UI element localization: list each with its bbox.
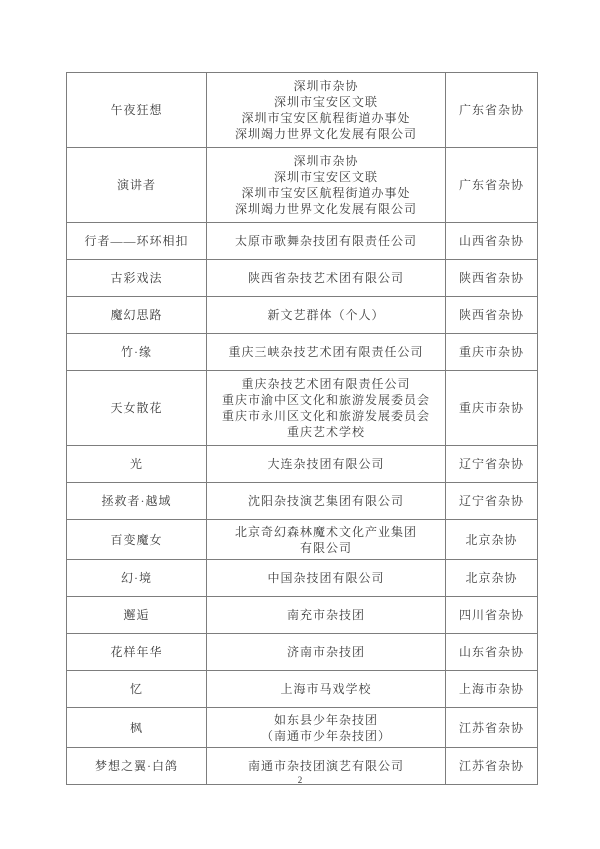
cell-organizations: 新文艺群体（个人） — [207, 297, 446, 334]
cell-association: 山东省杂协 — [446, 634, 538, 671]
cell-association: 重庆市杂协 — [446, 371, 538, 446]
table-row: 拯救者·越域 沈阳杂技演艺集团有限公司 辽宁省杂协 — [67, 483, 538, 520]
cell-organizations: 重庆三峡杂技艺术团有限责任公司 — [207, 334, 446, 371]
cell-program-title: 忆 — [67, 671, 207, 708]
table-row: 午夜狂想 深圳市杂协 深圳市宝安区文联 深圳市宝安区航程街道办事处 深圳竭力世界… — [67, 73, 538, 148]
cell-program-title: 竹·缘 — [67, 334, 207, 371]
cell-association: 广东省杂协 — [446, 148, 538, 223]
cell-association: 陕西省杂协 — [446, 297, 538, 334]
cell-program-title: 邂逅 — [67, 597, 207, 634]
document-page: 午夜狂想 深圳市杂协 深圳市宝安区文联 深圳市宝安区航程街道办事处 深圳竭力世界… — [0, 0, 600, 849]
cell-organizations: 陕西省杂技艺术团有限公司 — [207, 260, 446, 297]
cell-organizations: 上海市马戏学校 — [207, 671, 446, 708]
cell-association: 广东省杂协 — [446, 73, 538, 148]
cell-association: 四川省杂协 — [446, 597, 538, 634]
cell-association: 上海市杂协 — [446, 671, 538, 708]
cell-organizations: 深圳市杂协 深圳市宝安区文联 深圳市宝安区航程街道办事处 深圳竭力世界文化发展有… — [207, 148, 446, 223]
table-row: 枫 如东县少年杂技团 （南通市少年杂技团） 江苏省杂协 — [67, 708, 538, 748]
cell-program-title: 拯救者·越域 — [67, 483, 207, 520]
cell-organizations: 太原市歌舞杂技团有限责任公司 — [207, 223, 446, 260]
cell-organizations: 大连杂技团有限公司 — [207, 446, 446, 483]
table-row: 行者——环环相扣 太原市歌舞杂技团有限责任公司 山西省杂协 — [67, 223, 538, 260]
cell-association: 北京杂协 — [446, 560, 538, 597]
cell-program-title: 演讲者 — [67, 148, 207, 223]
cell-program-title: 古彩戏法 — [67, 260, 207, 297]
cell-organizations: 北京奇幻森林魔术文化产业集团 有限公司 — [207, 520, 446, 560]
cell-organizations: 沈阳杂技演艺集团有限公司 — [207, 483, 446, 520]
cell-program-title: 幻·境 — [67, 560, 207, 597]
table-row: 古彩戏法 陕西省杂技艺术团有限公司 陕西省杂协 — [67, 260, 538, 297]
cell-program-title: 百变魔女 — [67, 520, 207, 560]
cell-organizations: 重庆杂技艺术团有限责任公司 重庆市渝中区文化和旅游发展委员会 重庆市永川区文化和… — [207, 371, 446, 446]
table-row: 演讲者 深圳市杂协 深圳市宝安区文联 深圳市宝安区航程街道办事处 深圳竭力世界文… — [67, 148, 538, 223]
table-row: 魔幻思路 新文艺群体（个人） 陕西省杂协 — [67, 297, 538, 334]
cell-association: 陕西省杂协 — [446, 260, 538, 297]
cell-association: 辽宁省杂协 — [446, 446, 538, 483]
table-row: 幻·境 中国杂技团有限公司 北京杂协 — [67, 560, 538, 597]
cell-program-title: 枫 — [67, 708, 207, 748]
cell-organizations: 如东县少年杂技团 （南通市少年杂技团） — [207, 708, 446, 748]
table-row: 竹·缘 重庆三峡杂技艺术团有限责任公司 重庆市杂协 — [67, 334, 538, 371]
cell-program-title: 花样年华 — [67, 634, 207, 671]
table-row: 百变魔女 北京奇幻森林魔术文化产业集团 有限公司 北京杂协 — [67, 520, 538, 560]
cell-organizations: 中国杂技团有限公司 — [207, 560, 446, 597]
cell-association: 辽宁省杂协 — [446, 483, 538, 520]
cell-program-title: 行者——环环相扣 — [67, 223, 207, 260]
cell-organizations: 南充市杂技团 — [207, 597, 446, 634]
cell-association: 山西省杂协 — [446, 223, 538, 260]
cell-program-title: 魔幻思路 — [67, 297, 207, 334]
cell-association: 北京杂协 — [446, 520, 538, 560]
cell-organizations: 深圳市杂协 深圳市宝安区文联 深圳市宝安区航程街道办事处 深圳竭力世界文化发展有… — [207, 73, 446, 148]
cell-association: 江苏省杂协 — [446, 708, 538, 748]
cell-program-title: 光 — [67, 446, 207, 483]
page-number: 2 — [0, 775, 600, 785]
table-row: 邂逅 南充市杂技团 四川省杂协 — [67, 597, 538, 634]
cell-program-title: 天女散花 — [67, 371, 207, 446]
table-row: 光 大连杂技团有限公司 辽宁省杂协 — [67, 446, 538, 483]
table-row: 花样年华 济南市杂技团 山东省杂协 — [67, 634, 538, 671]
cell-organizations: 济南市杂技团 — [207, 634, 446, 671]
program-award-table: 午夜狂想 深圳市杂协 深圳市宝安区文联 深圳市宝安区航程街道办事处 深圳竭力世界… — [66, 72, 538, 785]
table-row: 忆 上海市马戏学校 上海市杂协 — [67, 671, 538, 708]
cell-association: 重庆市杂协 — [446, 334, 538, 371]
table-row: 天女散花 重庆杂技艺术团有限责任公司 重庆市渝中区文化和旅游发展委员会 重庆市永… — [67, 371, 538, 446]
cell-program-title: 午夜狂想 — [67, 73, 207, 148]
